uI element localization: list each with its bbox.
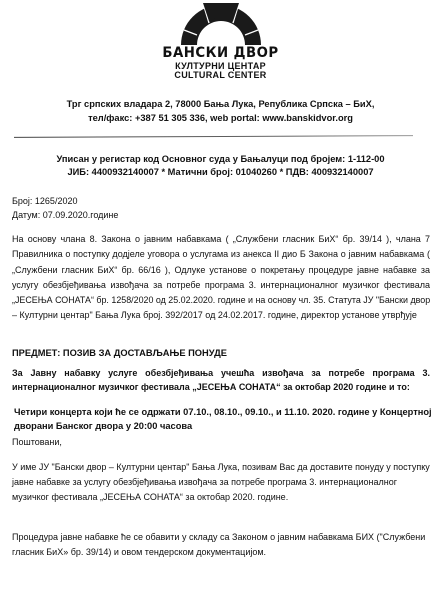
paragraph-line: Правилника о поступку додјеле уговора о … [12, 247, 430, 262]
subject-heading: ПРЕДМЕТ: ПОЗИВ ЗА ДОСТАВЉАЊЕ ПОНУДЕ [12, 348, 227, 358]
paragraph-line: интернационалног музичког фестивала „ЈЕС… [12, 380, 430, 394]
organization-subtitle-latin: CULTURAL CENTER [0, 71, 441, 80]
document-date: Датум: 07.09.2020.године [12, 209, 118, 221]
header-divider [14, 135, 413, 138]
paragraph-line: музичког фестивала „ЈЕСЕЊА СОНАТА“ за ок… [12, 490, 430, 505]
legal-basis-paragraph: На основу члана 8. Закона о јавним набав… [12, 232, 430, 324]
paragraph-line: „ЈЕСЕЊА СОНАТА“ бр. 1258/2020 од 25.02.2… [12, 293, 425, 308]
greeting: Поштовани, [12, 437, 62, 447]
invitation-paragraph: У име ЈУ "Бански двор – Културни центар"… [12, 460, 430, 505]
paragraph-line: гласник БиХ» бр. 39/14) и овом тендерско… [12, 545, 430, 560]
paragraph-line: Процедура јавне набавке ће се обавити у … [12, 530, 430, 545]
arch-keystone-logo-icon [179, 3, 263, 45]
paragraph-line: На основу члана 8. Закона о јавним набав… [12, 232, 430, 247]
paragraph-line: – Културни центар" Бања Лука број. 392/2… [12, 308, 430, 323]
paragraph-line: „Службени гласник БиХ“ бр. 66/16 ), Одлу… [12, 263, 430, 278]
registration-line: Уписан у регистар код Основног суда у Ба… [0, 153, 441, 165]
paragraph-line: јавне набавке за услугу обезбјеђивања из… [12, 475, 430, 490]
contact-line: тел/факс: +387 51 305 336, web portal: w… [0, 112, 441, 124]
paragraph-line: Четири концерта који ће се одржати 07.10… [14, 405, 431, 419]
subject-paragraph: За Јавну набавку услуге обезбјеђивања уч… [12, 366, 430, 394]
organization-name: БАНСКИ ДВОР [11, 45, 430, 61]
document-number: Број: 1265/2020 [12, 195, 77, 207]
paragraph-line: услугу обезбјеђивања извођача за потребе… [12, 278, 430, 293]
tax-ids-line: ЈИБ: 4400932140007 * Матични број: 01040… [0, 166, 441, 178]
paragraph-line: У име ЈУ "Бански двор – Културни центар"… [12, 460, 429, 475]
address-line: Трг српских владара 2, 78000 Бања Лука, … [0, 98, 441, 110]
concerts-paragraph: Четири концерта који ће се одржати 07.10… [14, 405, 432, 433]
procedure-paragraph: Процедура јавне набавке ће се обавити у … [12, 530, 430, 560]
paragraph-line: дворани Банског двора у 20:00 часова [14, 419, 432, 433]
paragraph-line: За Јавну набавку услуге обезбјеђивања уч… [12, 366, 430, 380]
